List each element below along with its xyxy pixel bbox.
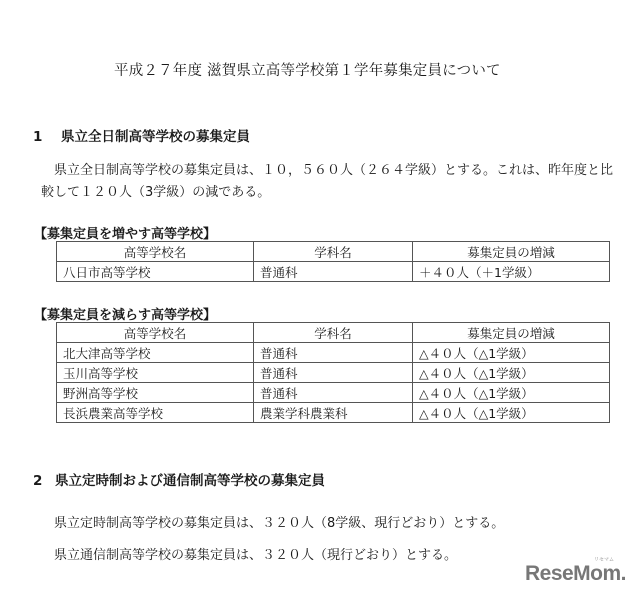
cell-school-name: 野洲高等学校 bbox=[57, 383, 254, 403]
cell-change: △４０人（△1学級） bbox=[413, 403, 610, 423]
header-change: 募集定員の増減 bbox=[413, 242, 610, 262]
cell-department: 普通科 bbox=[254, 262, 413, 282]
cell-department: 普通科 bbox=[254, 383, 413, 403]
table-row: 野洲高等学校 普通科 △４０人（△1学級） bbox=[57, 383, 610, 403]
decrease-table-label: 【募集定員を減らす高等学校】 bbox=[34, 304, 216, 323]
increase-table: 高等学校名 学科名 募集定員の増減 八日市高等学校 普通科 ＋４０人（＋1学級） bbox=[56, 241, 610, 282]
table-header-row: 高等学校名 学科名 募集定員の増減 bbox=[57, 242, 610, 262]
table-row: 長浜農業高等学校 農業学科農業科 △４０人（△1学級） bbox=[57, 403, 610, 423]
table-row: 八日市高等学校 普通科 ＋４０人（＋1学級） bbox=[57, 262, 610, 282]
cell-change: △４０人（△1学級） bbox=[413, 363, 610, 383]
header-school-name: 高等学校名 bbox=[57, 323, 254, 343]
cell-change: △４０人（△1学級） bbox=[413, 383, 610, 403]
section2-heading: 2県立定時制および通信制高等学校の募集定員 bbox=[33, 469, 325, 489]
section2-heading-text: 県立定時制および通信制高等学校の募集定員 bbox=[55, 473, 325, 489]
cell-change: △４０人（△1学級） bbox=[413, 343, 610, 363]
resemom-logo: ReseMom. bbox=[525, 562, 626, 586]
section2-paragraph1: 県立定時制高等学校の募集定員は、３２０人（8学級、現行どおり）とする。 bbox=[54, 512, 504, 531]
table-header-row: 高等学校名 学科名 募集定員の増減 bbox=[57, 323, 610, 343]
section1-paragraph-line1: 県立全日制高等学校の募集定員は、１０，５６０人（２６４学級）とする。これは、昨年… bbox=[54, 159, 613, 178]
cell-department: 普通科 bbox=[254, 363, 413, 383]
table-row: 玉川高等学校 普通科 △４０人（△1学級） bbox=[57, 363, 610, 383]
section1-paragraph-line2: 較して１２０人（3学級）の減である。 bbox=[41, 181, 270, 200]
cell-school-name: 長浜農業高等学校 bbox=[57, 403, 254, 423]
header-department: 学科名 bbox=[254, 242, 413, 262]
document-title: 平成２７年度 滋賀県立高等学校第１学年募集定員について bbox=[114, 59, 501, 80]
header-change: 募集定員の増減 bbox=[413, 323, 610, 343]
table-row: 北大津高等学校 普通科 △４０人（△1学級） bbox=[57, 343, 610, 363]
section1-heading-text: 県立全日制高等学校の募集定員 bbox=[61, 129, 250, 145]
cell-school-name: 八日市高等学校 bbox=[57, 262, 254, 282]
section1-heading: 1県立全日制高等学校の募集定員 bbox=[33, 125, 250, 145]
cell-department: 農業学科農業科 bbox=[254, 403, 413, 423]
increase-table-label: 【募集定員を増やす高等学校】 bbox=[34, 223, 216, 242]
header-department: 学科名 bbox=[254, 323, 413, 343]
header-school-name: 高等学校名 bbox=[57, 242, 254, 262]
cell-department: 普通科 bbox=[254, 343, 413, 363]
decrease-table: 高等学校名 学科名 募集定員の増減 北大津高等学校 普通科 △４０人（△1学級）… bbox=[56, 322, 610, 423]
section2-number: 2 bbox=[33, 473, 55, 489]
section2-paragraph2: 県立通信制高等学校の募集定員は、３２０人（現行どおり）とする。 bbox=[54, 544, 457, 563]
cell-change: ＋４０人（＋1学級） bbox=[413, 262, 610, 282]
cell-school-name: 北大津高等学校 bbox=[57, 343, 254, 363]
section1-number: 1 bbox=[33, 129, 61, 145]
cell-school-name: 玉川高等学校 bbox=[57, 363, 254, 383]
